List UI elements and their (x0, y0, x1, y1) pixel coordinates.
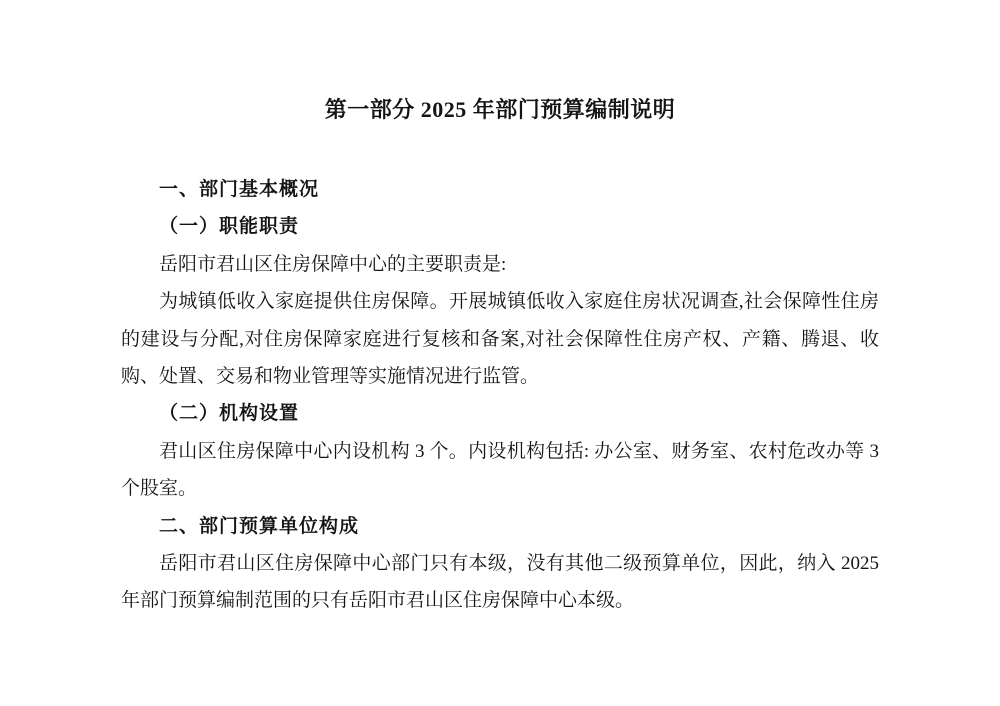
paragraph-organization-detail: 君山区住房保障中心内设机构 3 个。内设机构包括: 办公室、财务室、农村危改办等… (121, 433, 879, 508)
paragraph-duties-detail: 为城镇低收入家庭提供住房保障。开展城镇低收入家庭住房状况调查,社会保障性住房的建… (121, 283, 879, 395)
document-title: 第一部分 2025 年部门预算编制说明 (121, 94, 879, 126)
subsection-heading-organization: （二）机构设置 (121, 395, 879, 432)
subsection-heading-duties: （一）职能职责 (121, 208, 879, 245)
paragraph-duties-intro: 岳阳市君山区住房保障中心的主要职责是: (121, 246, 879, 283)
document-page: 第一部分 2025 年部门预算编制说明 一、部门基本概况 （一）职能职责 岳阳市… (0, 0, 1000, 706)
paragraph-budget-units-detail: 岳阳市君山区住房保障中心部门只有本级，没有其他二级预算单位，因此，纳入 2025… (121, 545, 879, 620)
section-heading-budget-units: 二、部门预算单位构成 (121, 508, 879, 545)
section-heading-basic-overview: 一、部门基本概况 (121, 171, 879, 208)
